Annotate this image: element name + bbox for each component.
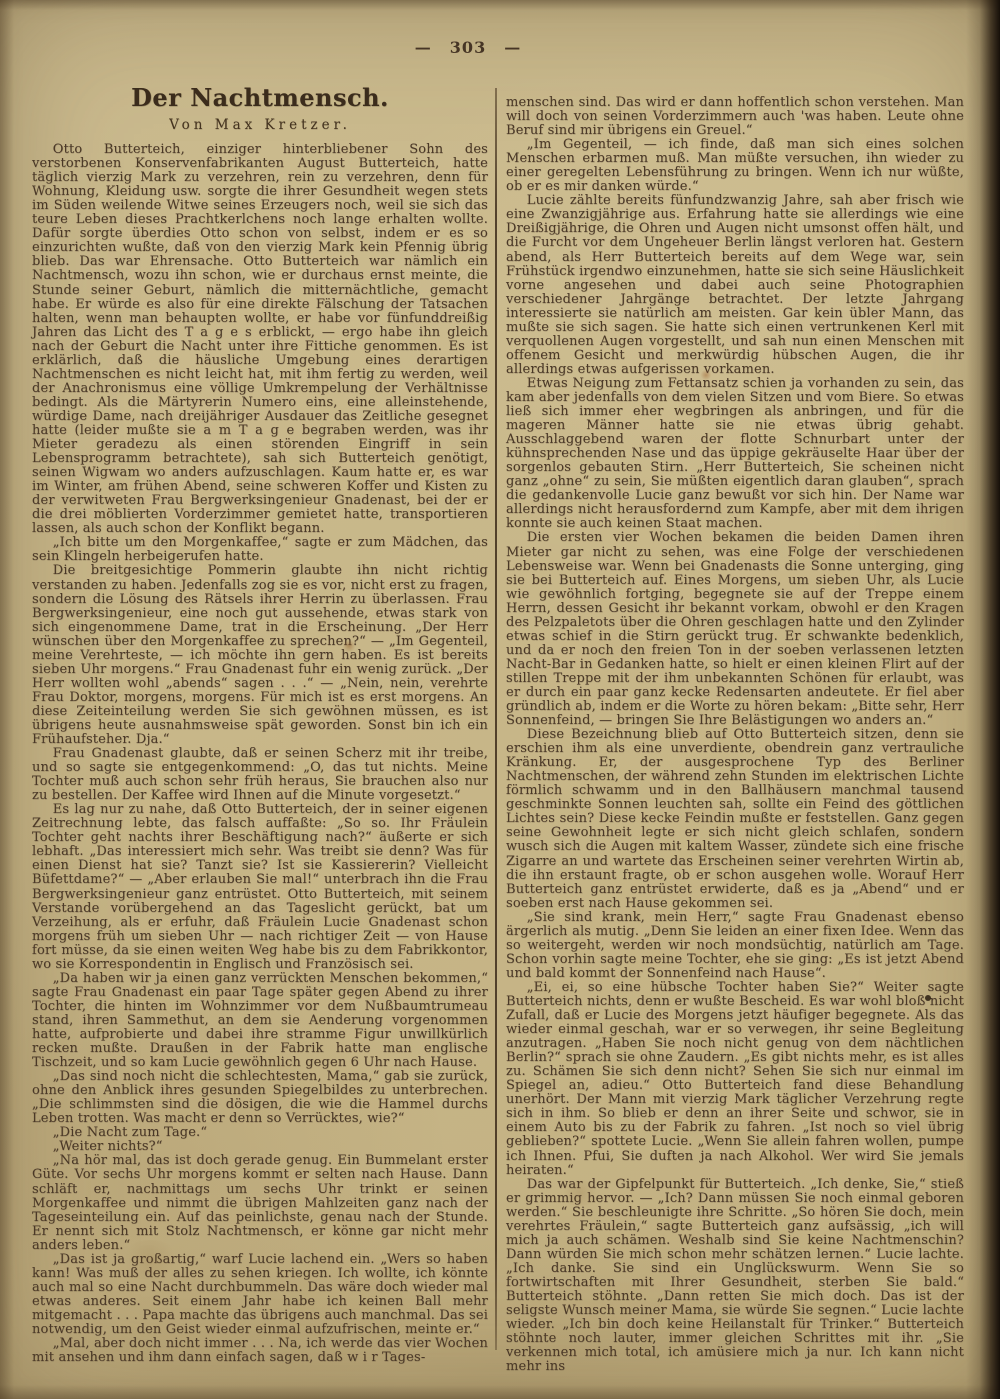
paragraph: menschen sind. Das wird er dann hoffentl… [506, 96, 964, 138]
article-title: Der Nachtmensch. [32, 84, 488, 112]
paragraph: Die ersten vier Wochen bekamen die beide… [506, 531, 964, 728]
left-column-text: Otto Butterteich, einziger hinterblieben… [32, 143, 488, 1365]
paragraph: Die breitgesichtige Pommerin glaubte ihn… [32, 564, 488, 747]
scan-edge-right [966, 0, 1000, 1399]
paragraph: „Sie sind krank, mein Herr,“ sagte Frau … [506, 911, 964, 981]
paragraph: „Weiter nichts?“ [32, 1140, 488, 1154]
paragraph: Frau Gnadenast glaubte, daß er seinen Sc… [32, 747, 488, 803]
ink-speck [925, 995, 931, 1001]
header-dash-right: — [504, 38, 521, 57]
scanned-book-page: —303— Der Nachtmensch. Von Max Kretzer. … [0, 0, 1000, 1399]
page-number: 303 [450, 38, 486, 57]
paragraph: „Das sind noch nicht die schlechtesten, … [32, 1070, 488, 1126]
scan-edge-top [0, 0, 1000, 10]
right-column-text: menschen sind. Das wird er dann hoffentl… [506, 96, 964, 1374]
paragraph: Otto Butterteich, einziger hinterblieben… [32, 143, 488, 536]
left-column: Der Nachtmensch. Von Max Kretzer. Otto B… [32, 84, 488, 1365]
right-column: menschen sind. Das wird er dann hoffentl… [506, 96, 964, 1374]
paragraph: „Na hör mal, das ist doch gerade genug. … [32, 1154, 488, 1252]
scan-edge-left [0, 0, 14, 1399]
paragraph: Das war der Gipfelpunkt für Butterteich.… [506, 1178, 964, 1375]
page-header: —303— [0, 38, 936, 57]
column-divider-rule [495, 88, 497, 1350]
paragraph: „Mal, aber doch nicht immer . . . Na, ic… [32, 1337, 488, 1365]
paragraph: „Ei, ei, so eine hübsche Tochter haben S… [506, 981, 964, 1178]
paragraph: Lucie zählte bereits fünfundzwanzig Jahr… [506, 194, 964, 377]
article-byline: Von Max Kretzer. [32, 118, 488, 132]
header-dash-left: — [415, 38, 432, 57]
paragraph: Es lag nur zu nahe, daß Otto Butterteich… [32, 803, 488, 972]
paragraph: „Ich bitte um den Morgenkaffee,“ sagte e… [32, 536, 488, 564]
scan-edge-bottom [0, 1385, 1000, 1399]
paragraph: Etwas Neigung zum Fettansatz schien ja v… [506, 377, 964, 532]
paragraph: Diese Bezeichnung blieb auf Otto Buttert… [506, 728, 964, 911]
paragraph: „Da haben wir ja einen ganz verrückten M… [32, 972, 488, 1070]
paragraph: „Das ist ja großartig,“ warf Lucie lache… [32, 1253, 488, 1337]
paragraph: „Im Gegenteil, — ich finde, daß man sich… [506, 138, 964, 194]
